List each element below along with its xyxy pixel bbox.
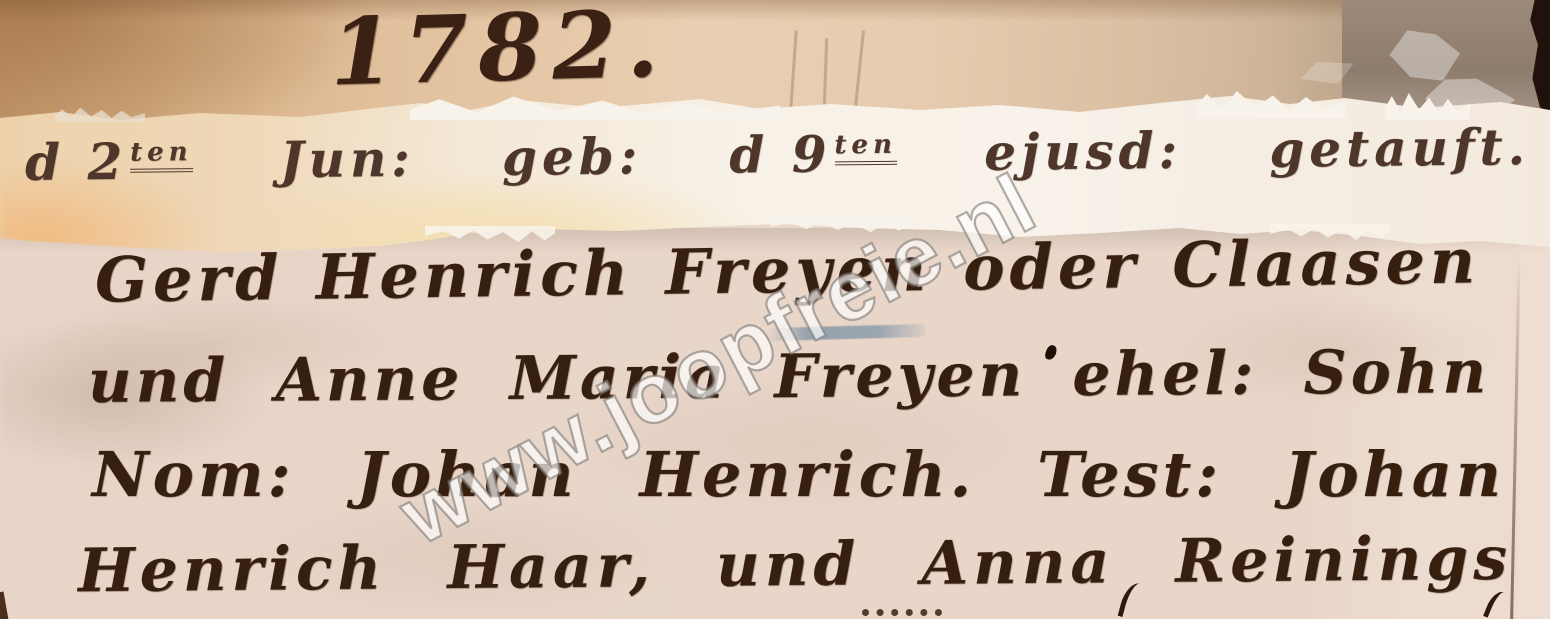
record-word: Gerd	[95, 245, 284, 313]
year-heading: 1782.	[329, 0, 670, 106]
date-month: Jun:	[280, 133, 415, 187]
record-word: Reinings	[1175, 528, 1512, 594]
ordinal-superscript: ten	[834, 130, 897, 166]
record-word: Henrich	[315, 240, 633, 310]
record-word: Henrich.	[639, 442, 975, 507]
record-word: Henrich	[78, 538, 387, 604]
page-edge	[1518, 240, 1550, 619]
record-word: ehel:	[1072, 343, 1257, 407]
record-word: Nom:	[92, 442, 295, 507]
record-word: und	[88, 350, 230, 414]
ordinal-superscript: ten	[130, 137, 193, 173]
record-word: Johan	[1284, 442, 1505, 507]
record-word: Sohn	[1303, 341, 1490, 405]
record-line-witnesses-2: Henrich Haar, und Anna Reinings	[78, 528, 1512, 604]
born-abbrev: geb:	[502, 130, 643, 184]
record-word: Haar,	[447, 535, 655, 600]
record-word: und	[716, 533, 861, 597]
date-born: d 2ten	[25, 135, 193, 189]
record-word: Anna	[921, 531, 1114, 596]
cutoff-stroke	[0, 592, 8, 619]
record-line-name-witnesses: Nom: Johan Henrich. Test: Johan	[92, 442, 1505, 507]
date-baptized: d 9ten	[729, 128, 897, 182]
record-word: Test:	[1037, 442, 1222, 507]
date-baptized-day: d 9	[729, 124, 832, 184]
paper-main: Gerd Henrich Freyen oder Claasen und Ann…	[0, 200, 1550, 619]
baptized-word: getauft.	[1269, 121, 1530, 176]
cutoff-stroke	[862, 604, 942, 616]
record-word: Anne	[275, 348, 463, 412]
document-scan: 1782. Gerd Henrich Freyen oder Claasen u…	[0, 0, 1550, 619]
date-born-day: d 2	[25, 132, 128, 192]
baptism-date-line: d 2ten Jun: geb: d 9ten ejusd: getauft.	[25, 121, 1530, 189]
